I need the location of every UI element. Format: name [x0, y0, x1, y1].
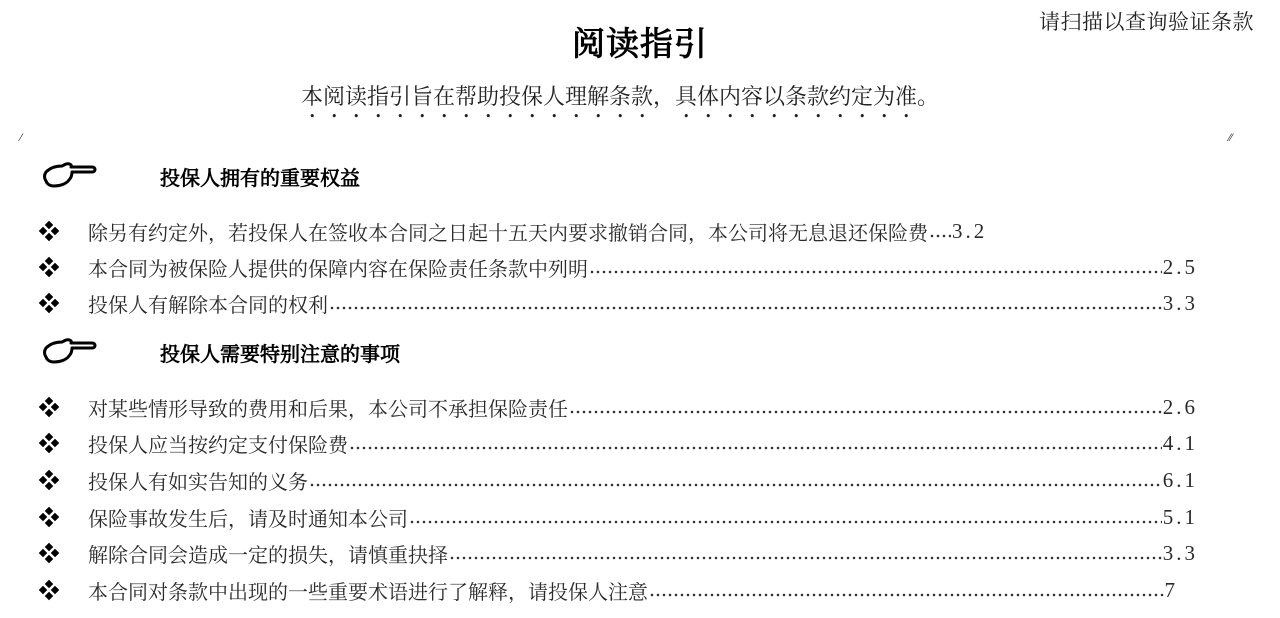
toc-item-ref: 2.6	[1163, 395, 1198, 420]
dot-leader	[329, 293, 1162, 313]
four-diamond-bullet-icon	[38, 220, 60, 242]
four-diamond-bullet-icon	[38, 432, 60, 454]
corner-mark-left: ⁄	[20, 133, 22, 144]
toc-item[interactable]: 投保人有解除本合同的权利 3.3	[38, 286, 1198, 320]
toc-item-ref: 2.5	[1163, 255, 1198, 280]
four-diamond-bullet-icon	[38, 396, 60, 418]
four-diamond-bullet-icon	[38, 542, 60, 564]
dot-leader	[589, 257, 1162, 277]
toc-item-ref: 4.1	[1163, 431, 1198, 456]
four-diamond-bullet-icon	[38, 292, 60, 314]
four-diamond-bullet-icon	[38, 256, 60, 278]
corner-mark-right: ⁄⁄	[1229, 133, 1232, 144]
subtitle: 本阅读指引旨在帮助投保人理解条款，具体内容以条款约定为准。	[0, 80, 1240, 123]
toc-item[interactable]: 保险事故发生后，请及时通知本公司 5.1	[38, 500, 1198, 534]
toc-item-text: 投保人有如实告知的义务	[88, 466, 308, 495]
subtitle-text: 本阅读指引旨在帮助投保人理解条款，具体内容以条款约定为准。	[301, 85, 939, 110]
toc-item[interactable]: 投保人应当按约定支付保险费 4.1	[38, 426, 1198, 460]
dot-leader	[569, 397, 1162, 417]
section-heading-label: 投保人需要特别注意的事项	[160, 338, 400, 367]
four-diamond-bullet-icon	[38, 469, 60, 491]
toc-item[interactable]: 解除合同会造成一定的损失，请慎重抉择 3.3	[38, 536, 1198, 570]
toc-item-ref: 6.1	[1163, 468, 1198, 493]
toc-item-text: 对某些情形导致的费用和后果，本公司不承担保险责任	[88, 393, 568, 422]
toc-item[interactable]: 除另有约定外，若投保人在签收本合同之日起十五天内要求撤销合同，本公司将无息退还保…	[38, 214, 1198, 248]
toc-item-ref: 5.1	[1163, 505, 1198, 530]
toc-item[interactable]: 投保人有如实告知的义务 6.1	[38, 463, 1198, 497]
dot-leader	[409, 507, 1162, 527]
dot-leader	[929, 221, 951, 241]
toc-item-ref: 3.2	[952, 219, 987, 244]
toc-item-text: 投保人应当按约定支付保险费	[88, 429, 348, 458]
toc-item[interactable]: 本合同对条款中出现的一些重要术语进行了解释，请投保人注意 7	[38, 573, 1178, 607]
section-heading-notices: 投保人需要特别注意的事项	[42, 334, 400, 370]
toc-item[interactable]: 对某些情形导致的费用和后果，本公司不承担保险责任 2.6	[38, 390, 1198, 424]
toc-item-ref: 3.3	[1163, 541, 1198, 566]
four-diamond-bullet-icon	[38, 506, 60, 528]
pointing-hand-icon	[42, 338, 98, 366]
toc-item-text: 解除合同会造成一定的损失，请慎重抉择	[88, 539, 448, 568]
section-heading-rights: 投保人拥有的重要权益	[42, 158, 360, 194]
page-title: 阅读指引	[0, 18, 1280, 65]
toc-item-ref: 3.3	[1163, 291, 1198, 316]
toc-item-text: 本合同为被保险人提供的保障内容在保险责任条款中列明	[88, 253, 588, 282]
four-diamond-bullet-icon	[38, 579, 60, 601]
dot-leader	[349, 433, 1162, 453]
toc-item-ref: 7	[1165, 578, 1179, 603]
toc-item-text: 保险事故发生后，请及时通知本公司	[88, 503, 408, 532]
dot-leader	[649, 580, 1164, 600]
toc-item-text: 投保人有解除本合同的权利	[88, 289, 328, 318]
toc-item-text: 除另有约定外，若投保人在签收本合同之日起十五天内要求撤销合同，本公司将无息退还保…	[88, 217, 928, 246]
dot-leader	[449, 543, 1162, 563]
section-heading-label: 投保人拥有的重要权益	[160, 162, 360, 191]
dot-leader	[309, 470, 1162, 490]
toc-item-text: 本合同对条款中出现的一些重要术语进行了解释，请投保人注意	[88, 576, 648, 605]
pointing-hand-icon	[42, 162, 98, 190]
toc-item[interactable]: 本合同为被保险人提供的保障内容在保险责任条款中列明 2.5	[38, 250, 1198, 284]
